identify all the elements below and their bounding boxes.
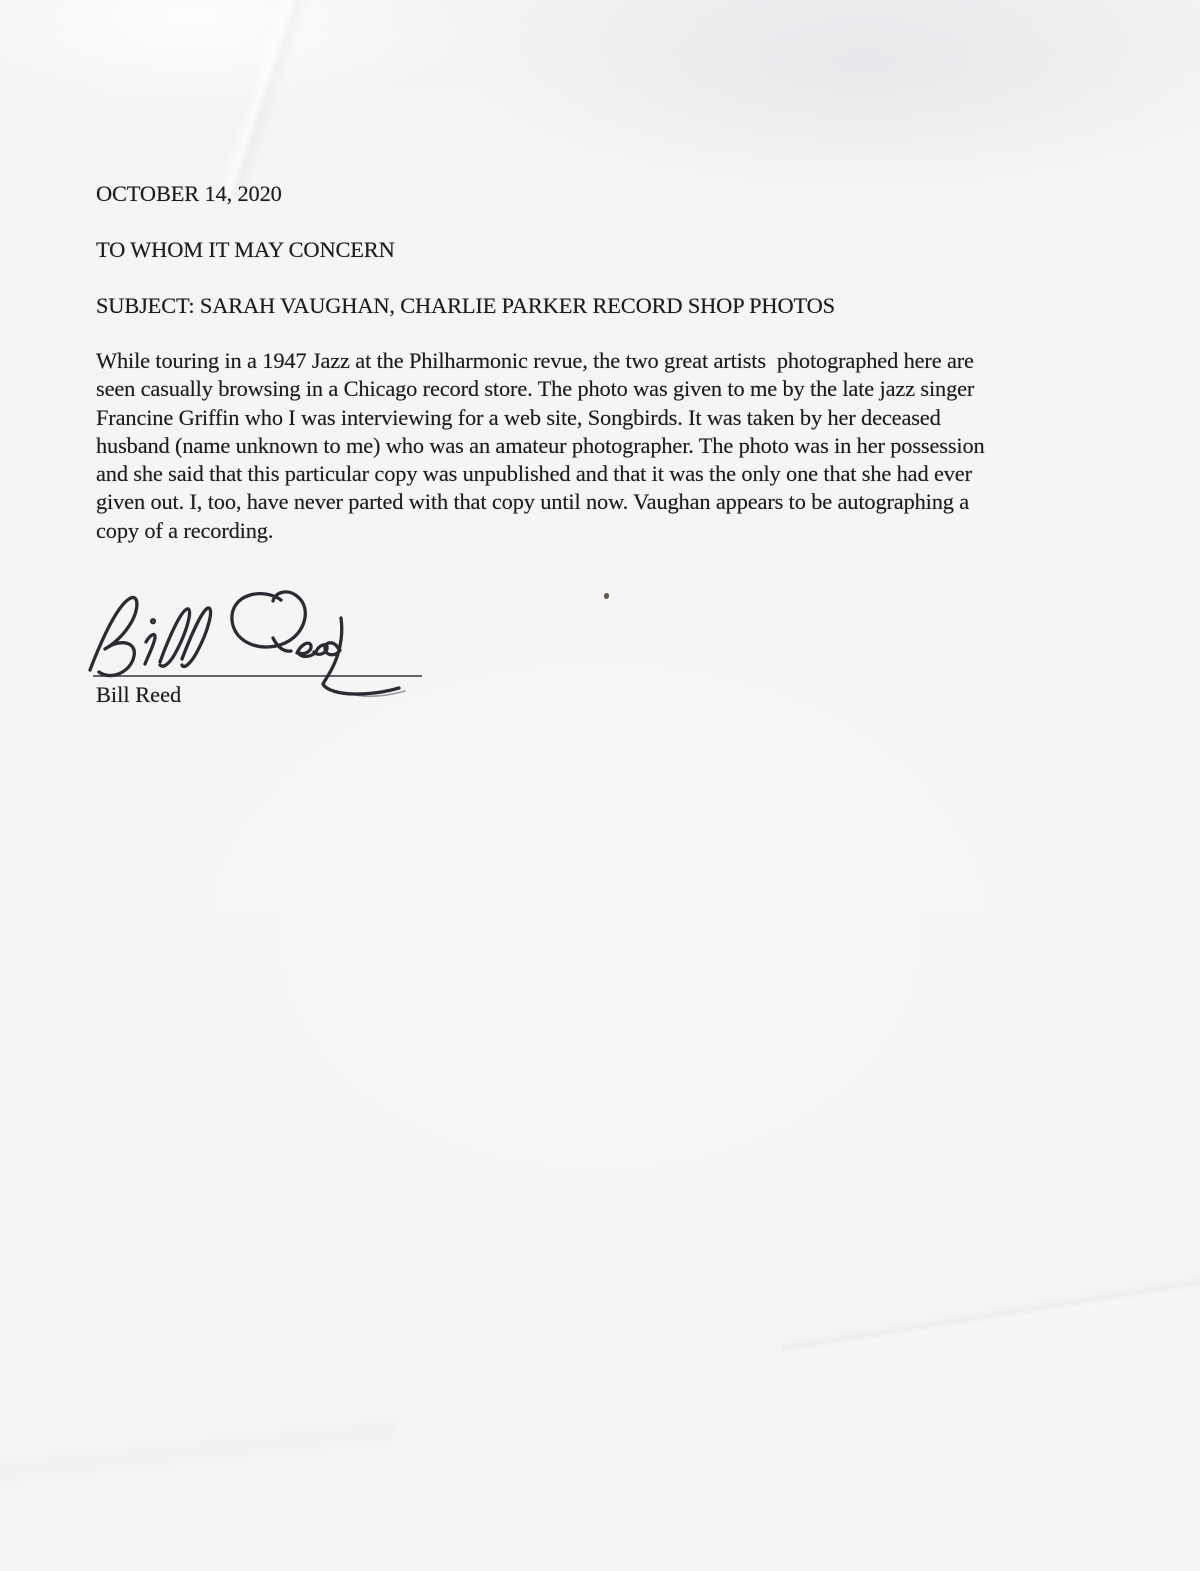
letter-body-paragraph: While touring in a 1947 Jazz at the Phil… [96, 347, 985, 545]
paper-crease-top [201, 0, 319, 205]
signature-ink-strokes [90, 592, 405, 696]
paper-crease-bottom [777, 1255, 1200, 1375]
letter-salutation: TO WHOM IT MAY CONCERN [96, 237, 395, 263]
letter-date: OCTOBER 14, 2020 [96, 181, 282, 207]
signer-typed-name: Bill Reed [96, 682, 181, 708]
letter-subject: SUBJECT: SARAH VAUGHAN, CHARLIE PARKER R… [96, 293, 835, 319]
paper-crease-left [0, 1358, 396, 1541]
scan-speck [604, 593, 609, 599]
scanned-letter-page: OCTOBER 14, 2020 TO WHOM IT MAY CONCERN … [0, 0, 1200, 1571]
